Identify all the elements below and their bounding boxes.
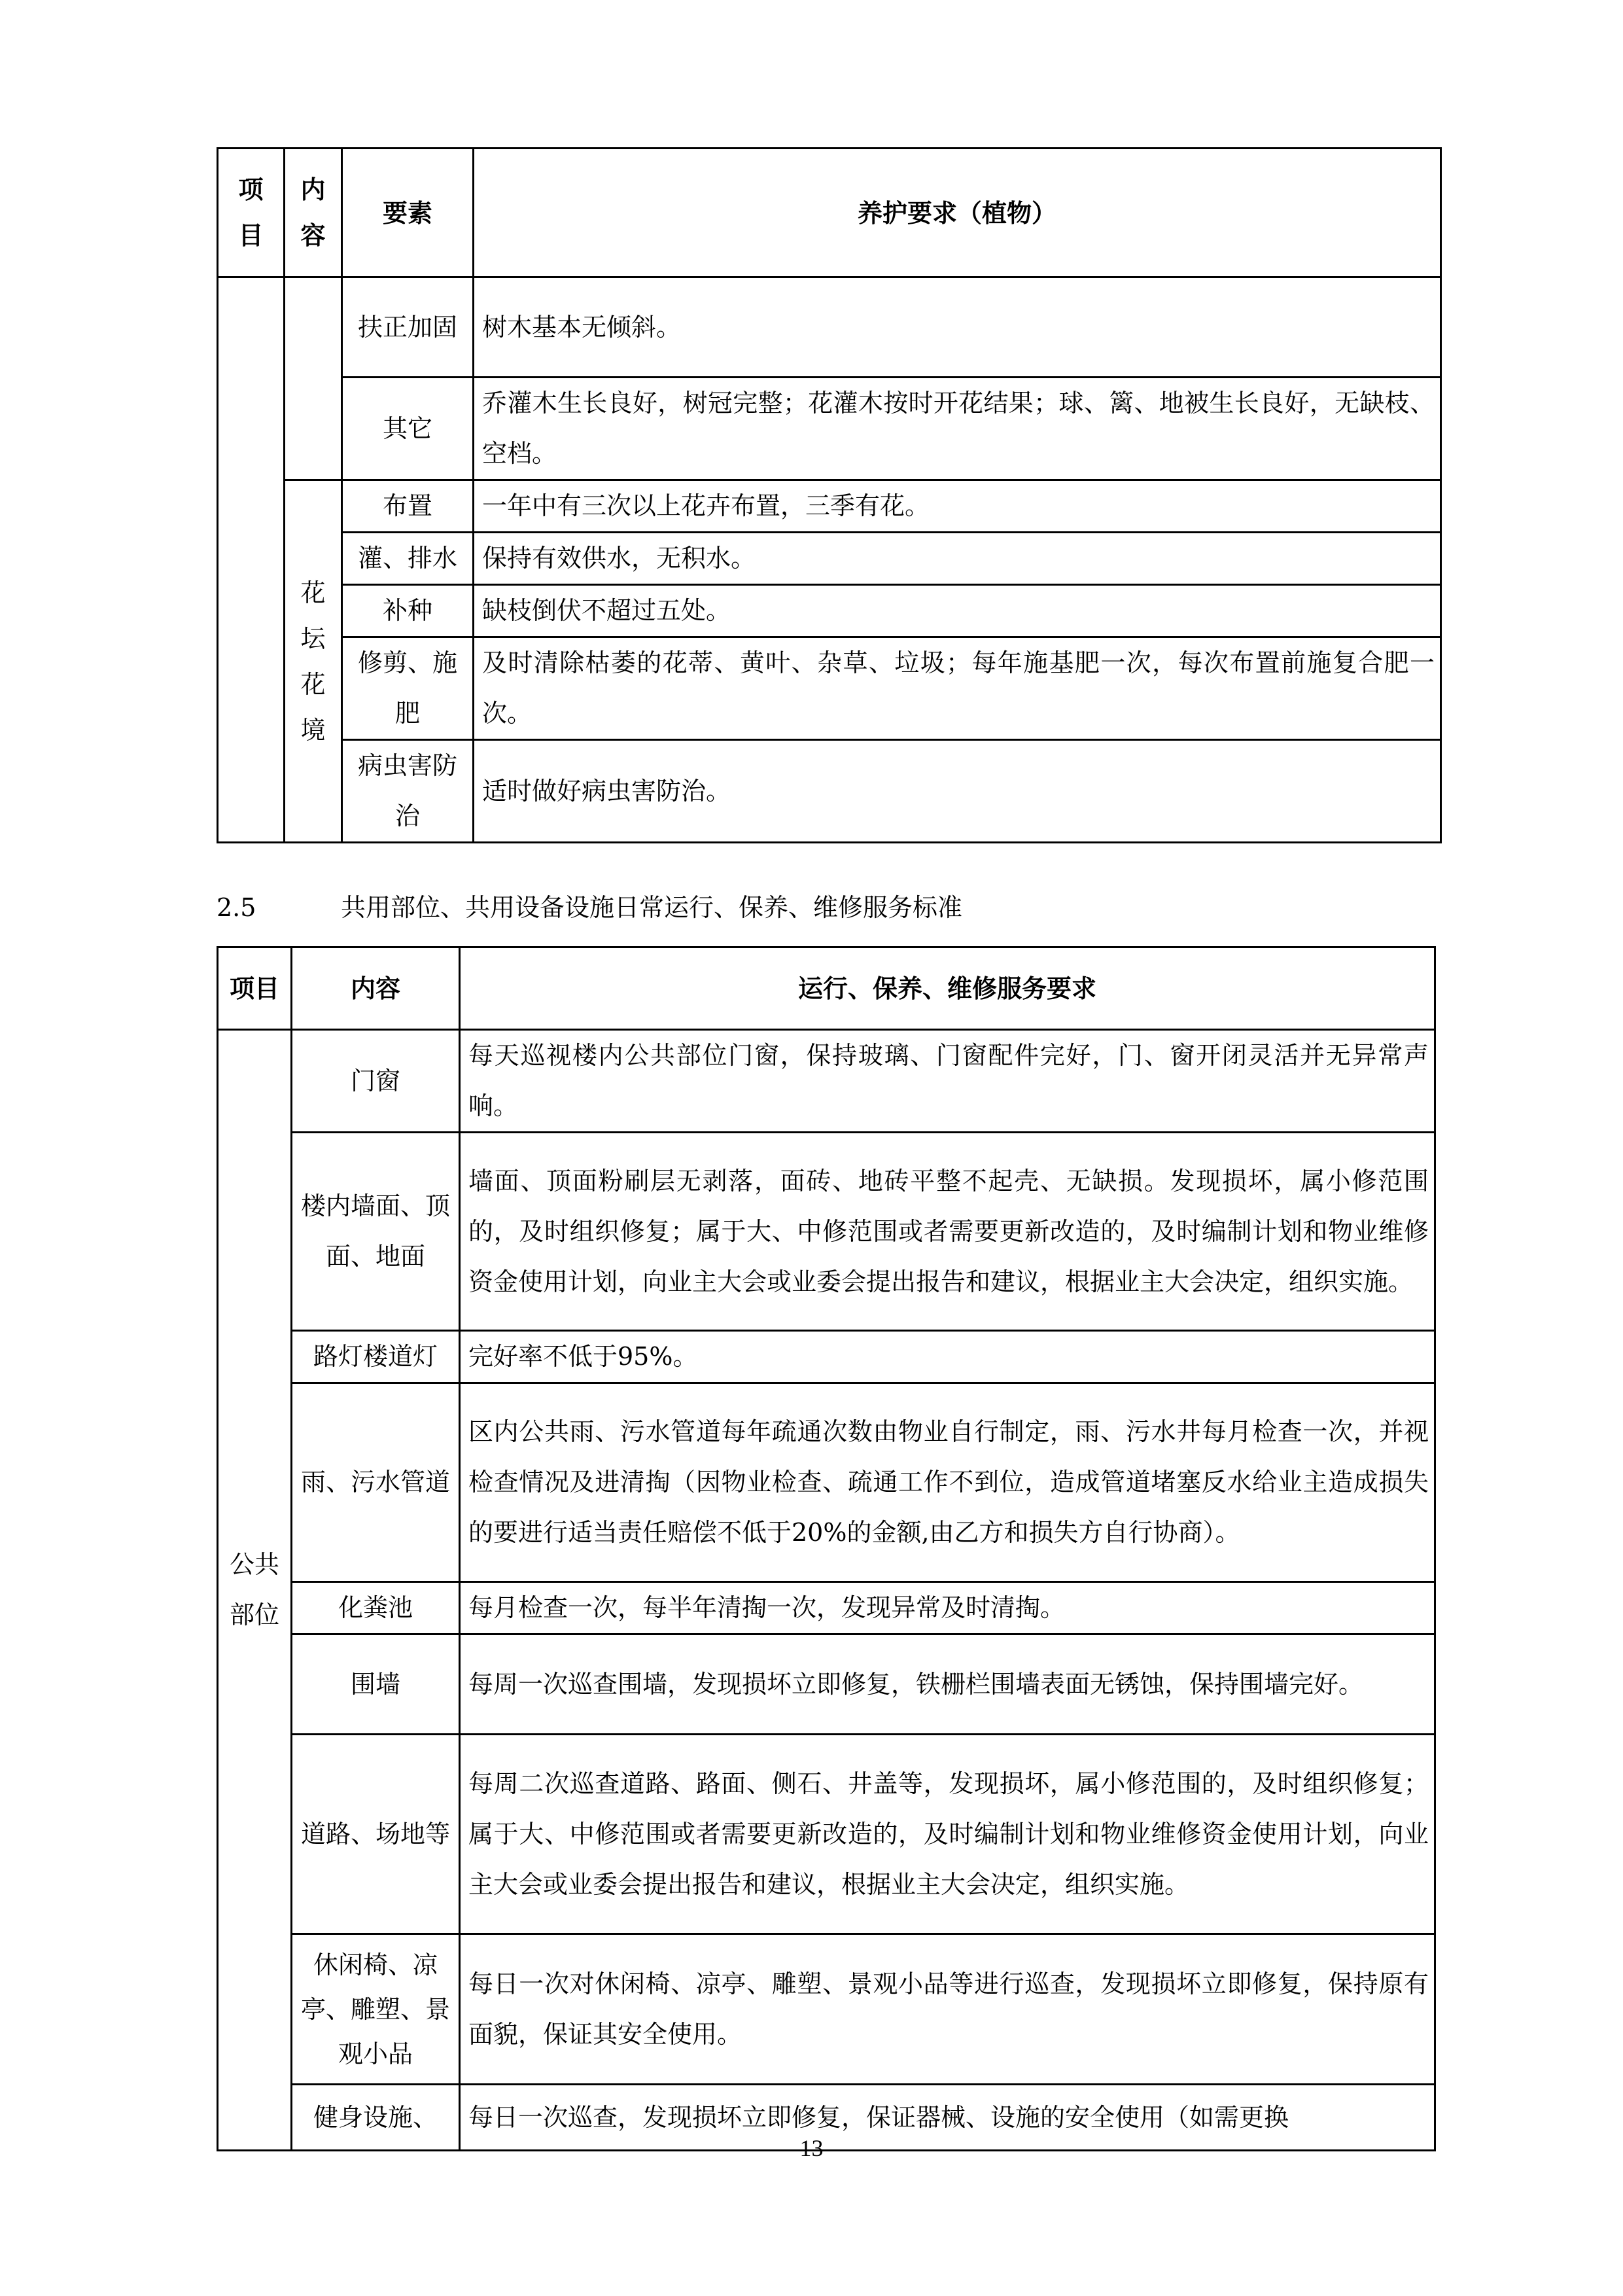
content-cell: 休闲椅、凉亭、雕塑、景观小品 xyxy=(292,1934,460,2085)
header-requirement: 养护要求（植物） xyxy=(474,149,1441,277)
table-row: 化粪池 每月检查一次，每半年清掏一次，发现异常及时清掏。 xyxy=(218,1582,1435,1634)
content-cell: 道路、场地等 xyxy=(292,1735,460,1934)
requirement-cell: 墙面、顶面粉刷层无剥落，面砖、地砖平整不起壳、无缺损。发现损坏，属小修范围的，及… xyxy=(460,1133,1435,1331)
requirement-cell: 乔灌木生长良好，树冠完整；花灌木按时开花结果；球、篱、地被生长良好，无缺枝、空档… xyxy=(474,378,1441,480)
requirement-cell: 适时做好病虫害防治。 xyxy=(474,740,1441,843)
table-row: 补种 缺枝倒伏不超过五处。 xyxy=(218,585,1441,637)
requirement-cell: 每月检查一次，每半年清掏一次，发现异常及时清掏。 xyxy=(460,1582,1435,1634)
requirement-cell: 每天巡视楼内公共部位门窗，保持玻璃、门窗配件完好，门、窗开闭灵活并无异常声响。 xyxy=(460,1030,1435,1133)
table-row: 路灯楼道灯 完好率不低于95%。 xyxy=(218,1331,1435,1383)
table-row: 扶正加固 树木基本无倾斜。 xyxy=(218,277,1441,378)
requirement-cell: 保持有效供水，无积水。 xyxy=(474,533,1441,585)
page-number: 13 xyxy=(0,2134,1623,2162)
table-row: 花坛花境 布置 一年中有三次以上花卉布置，三季有花。 xyxy=(218,480,1441,533)
element-cell: 修剪、施肥 xyxy=(342,637,474,740)
element-cell: 灌、排水 xyxy=(342,533,474,585)
header-content: 内容 xyxy=(292,947,460,1030)
group-label-public-areas: 公共部位 xyxy=(218,1030,292,2151)
content-cell: 楼内墙面、顶面、地面 xyxy=(292,1133,460,1331)
header-item: 项目 xyxy=(218,947,292,1030)
requirement-cell: 每周二次巡查道路、路面、侧石、井盖等，发现损坏，属小修范围的，及时组织修复；属于… xyxy=(460,1735,1435,1934)
table-row: 其它 乔灌木生长良好，树冠完整；花灌木按时开花结果；球、篱、地被生长良好，无缺枝… xyxy=(218,378,1441,480)
requirement-cell: 及时清除枯萎的花蒂、黄叶、杂草、垃圾；每年施基肥一次，每次布置前施复合肥一次。 xyxy=(474,637,1441,740)
section-heading: 2.5共用部位、共用设备设施日常运行、保养、维修服务标准 xyxy=(217,885,962,930)
section-title-text: 共用部位、共用设备设施日常运行、保养、维修服务标准 xyxy=(341,893,962,922)
content-cell: 门窗 xyxy=(292,1030,460,1133)
plant-maintenance-table: 项 目 内 容 要素 养护要求（植物） 扶正加固 树木基本无倾斜。 其它 乔灌木… xyxy=(217,147,1442,843)
requirement-cell: 完好率不低于95%。 xyxy=(460,1331,1435,1383)
header-content: 内 容 xyxy=(285,149,342,277)
table-row: 病虫害防治 适时做好病虫害防治。 xyxy=(218,740,1441,843)
table-row: 公共部位 门窗 每天巡视楼内公共部位门窗，保持玻璃、门窗配件完好，门、窗开闭灵活… xyxy=(218,1030,1435,1133)
table-row: 围墙 每周一次巡查围墙，发现损坏立即修复，铁栅栏围墙表面无锈蚀，保持围墙完好。 xyxy=(218,1634,1435,1735)
element-cell: 扶正加固 xyxy=(342,277,474,378)
table-row: 休闲椅、凉亭、雕塑、景观小品 每日一次对休闲椅、凉亭、雕塑、景观小品等进行巡查，… xyxy=(218,1934,1435,2085)
requirement-cell: 树木基本无倾斜。 xyxy=(474,277,1441,378)
table-row: 道路、场地等 每周二次巡查道路、路面、侧石、井盖等，发现损坏，属小修范围的，及时… xyxy=(218,1735,1435,1934)
group-label-flower: 花坛花境 xyxy=(285,480,342,843)
header-item: 项 目 xyxy=(218,149,285,277)
requirement-cell: 一年中有三次以上花卉布置，三季有花。 xyxy=(474,480,1441,533)
requirement-cell: 每日一次对休闲椅、凉亭、雕塑、景观小品等进行巡查，发现损坏立即修复，保持原有面貌… xyxy=(460,1934,1435,2085)
requirement-cell: 缺枝倒伏不超过五处。 xyxy=(474,585,1441,637)
section-number: 2.5 xyxy=(217,885,341,930)
content-cell: 雨、污水管道 xyxy=(292,1383,460,1582)
element-cell: 病虫害防治 xyxy=(342,740,474,843)
header-element: 要素 xyxy=(342,149,474,277)
content-cell: 路灯楼道灯 xyxy=(292,1331,460,1383)
content-cell-empty xyxy=(285,277,342,480)
table-row: 雨、污水管道 区内公共雨、污水管道每年疏通次数由物业自行制定，雨、污水井每月检查… xyxy=(218,1383,1435,1582)
element-cell: 布置 xyxy=(342,480,474,533)
requirement-cell: 每周一次巡查围墙，发现损坏立即修复，铁栅栏围墙表面无锈蚀，保持围墙完好。 xyxy=(460,1634,1435,1735)
requirement-cell: 区内公共雨、污水管道每年疏通次数由物业自行制定，雨、污水井每月检查一次，并视检查… xyxy=(460,1383,1435,1582)
content-cell: 化粪池 xyxy=(292,1582,460,1634)
element-cell: 其它 xyxy=(342,378,474,480)
element-cell: 补种 xyxy=(342,585,474,637)
table-row: 楼内墙面、顶面、地面 墙面、顶面粉刷层无剥落，面砖、地砖平整不起壳、无缺损。发现… xyxy=(218,1133,1435,1331)
table-row: 灌、排水 保持有效供水，无积水。 xyxy=(218,533,1441,585)
header-requirement: 运行、保养、维修服务要求 xyxy=(460,947,1435,1030)
content-cell: 围墙 xyxy=(292,1634,460,1735)
facility-maintenance-table: 项目 内容 运行、保养、维修服务要求 公共部位 门窗 每天巡视楼内公共部位门窗，… xyxy=(217,946,1436,2151)
item-cell-empty xyxy=(218,277,285,843)
table-row: 修剪、施肥 及时清除枯萎的花蒂、黄叶、杂草、垃圾；每年施基肥一次，每次布置前施复… xyxy=(218,637,1441,740)
